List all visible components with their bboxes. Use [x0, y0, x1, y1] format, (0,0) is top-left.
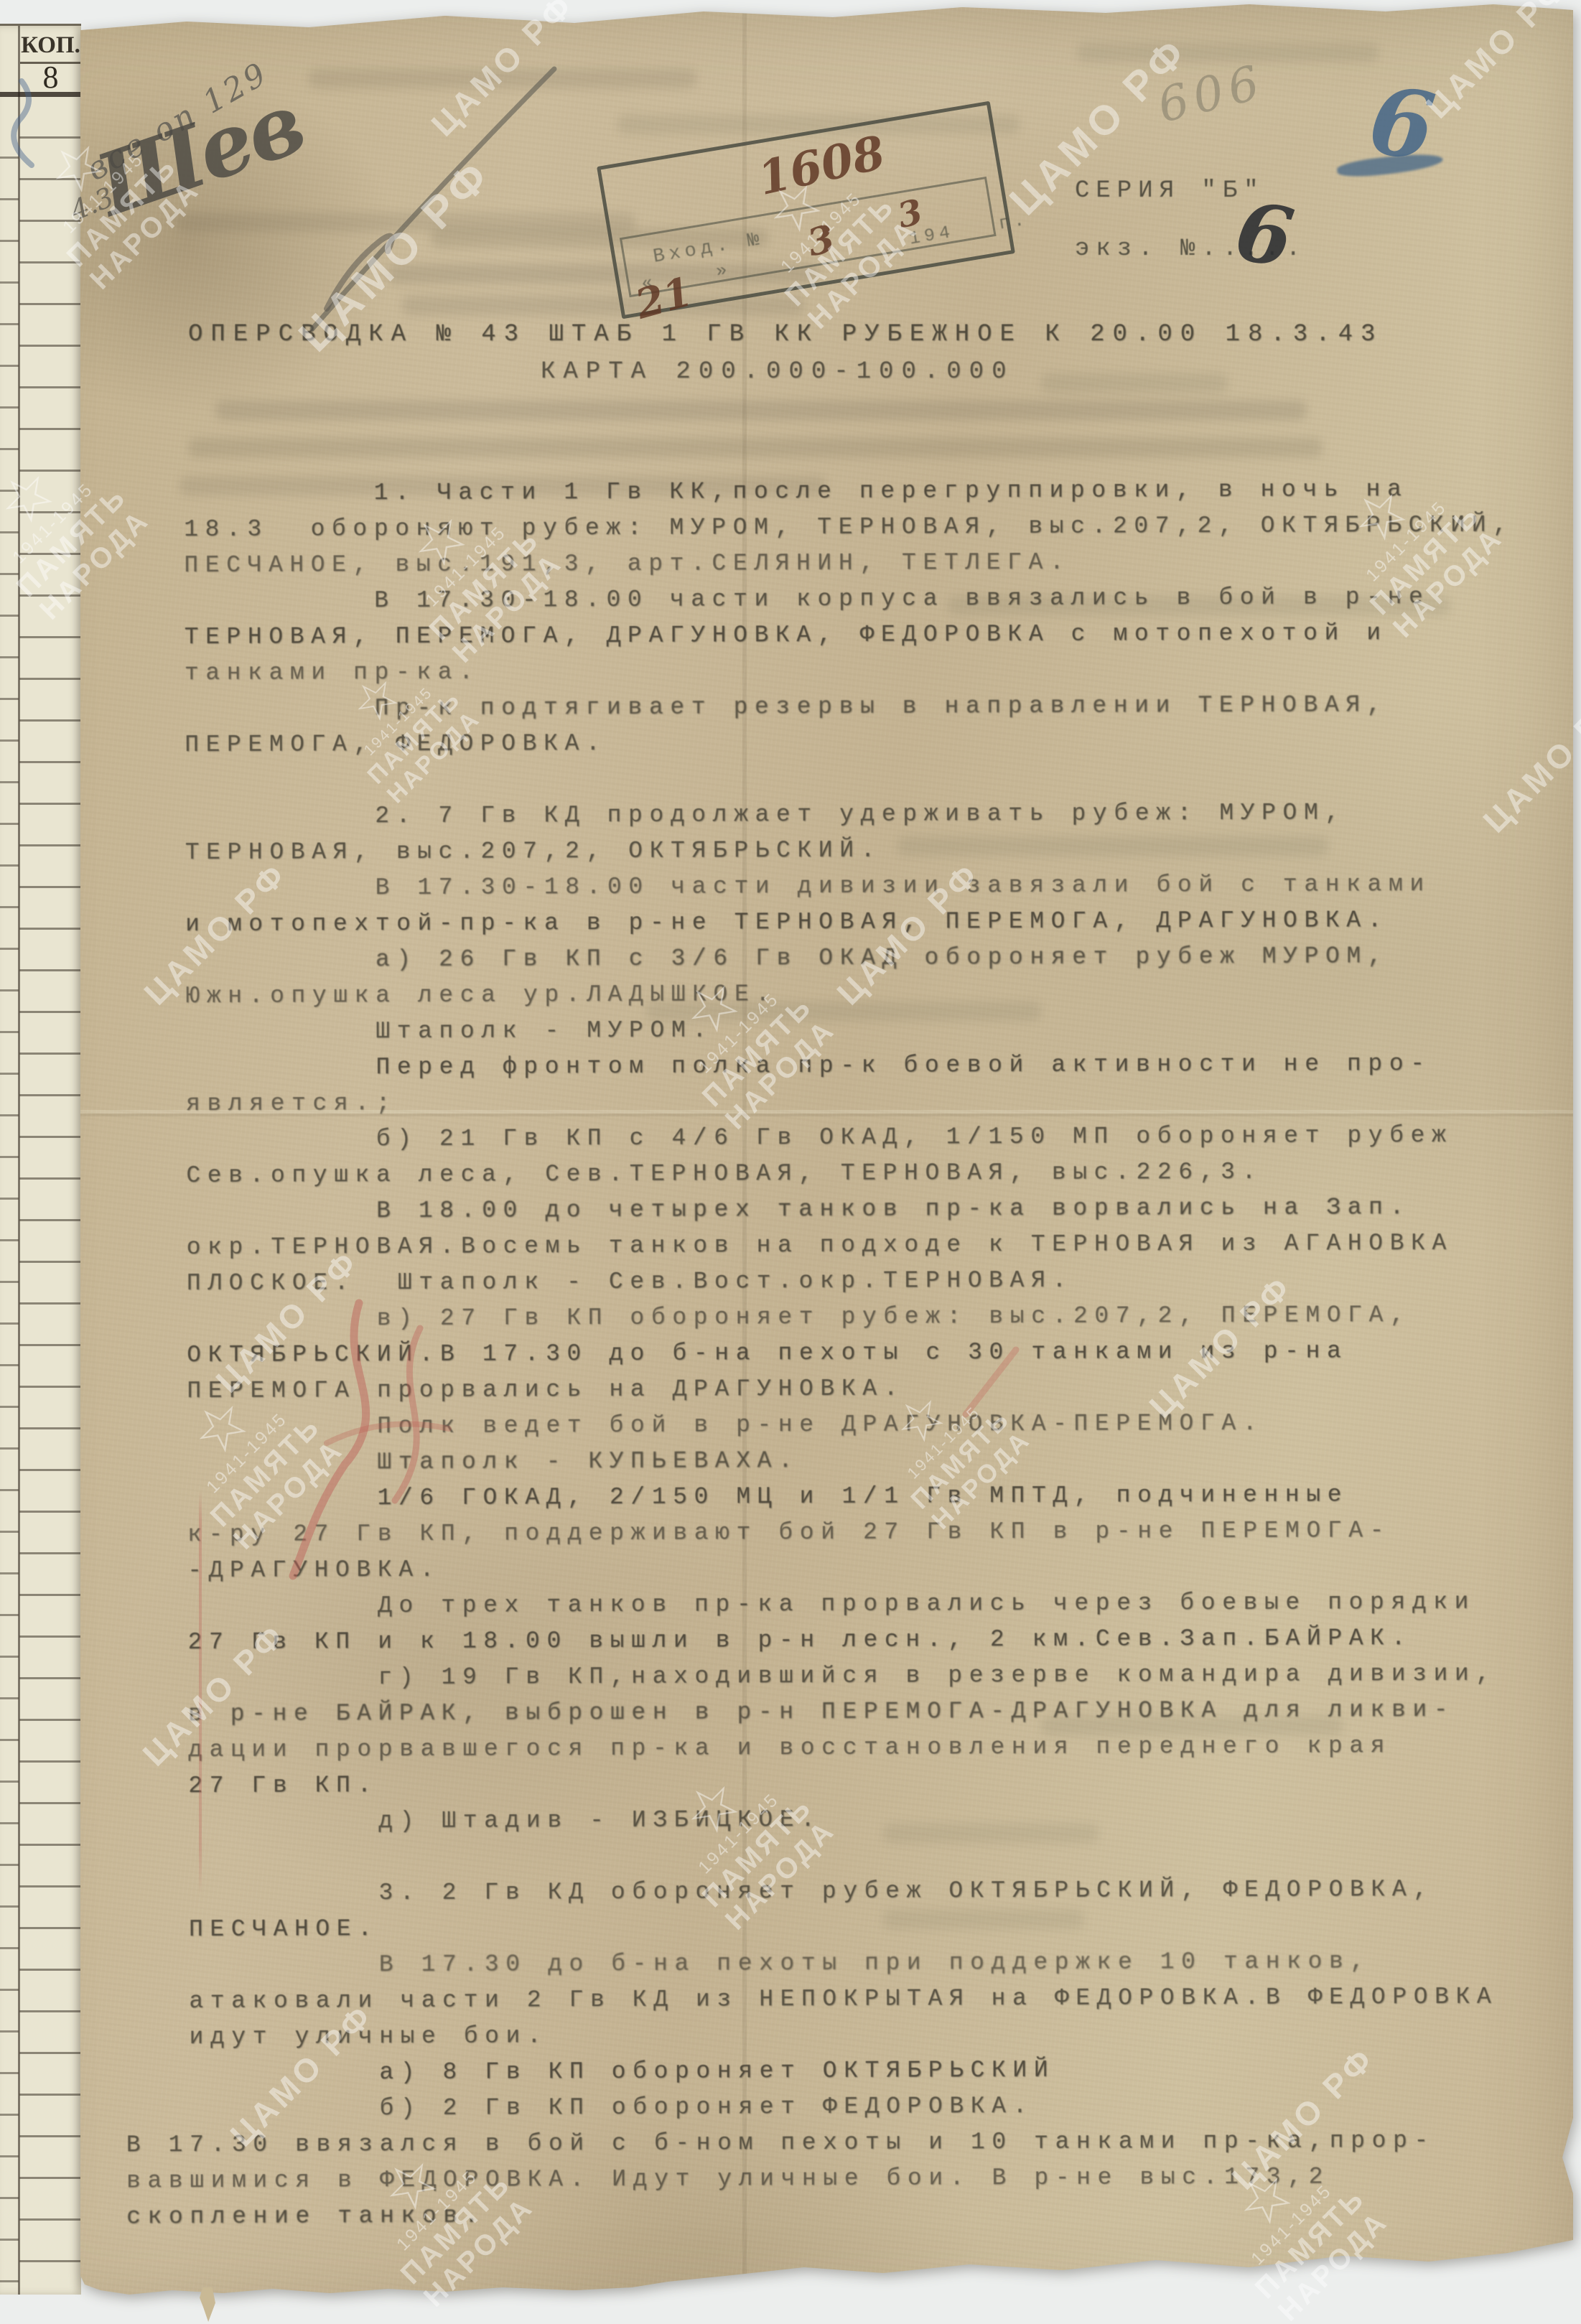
bleed-through-bar: [1041, 373, 1228, 393]
typed-line: идут уличные бои.: [126, 2020, 1519, 2061]
typed-line: 2. 7 Гв КД продолжает удерживать рубеж: …: [121, 799, 1515, 840]
typed-line: Южн.опушка леса ур.ЛАДЫШКОЕ.: [122, 979, 1516, 1019]
typed-line: 18.3 обороняют рубеж: МУРОМ, ТЕРНОВАЯ, в…: [121, 512, 1514, 553]
typed-line: дации прорвавшегося пр-ка и восстановлен…: [125, 1732, 1519, 1773]
typed-line: а) 8 Гв КП обороняет ОКТЯБРЬСКИЙ: [126, 2055, 1519, 2096]
typed-line: До трех танков пр-ка прорвались через бо…: [124, 1589, 1518, 1630]
typed-line: [121, 763, 1515, 804]
typed-line: [125, 1840, 1519, 1881]
typed-line: ПЕСЧАНОЕ, выс.191,3, арт.СЕЛЯНИН, ТЕТЛЕГ…: [121, 548, 1514, 589]
typed-line: В 17.30-18.00 части дивизии завязали бой…: [122, 871, 1516, 912]
typed-line: г) 19 Гв КП,находившийся в резерве коман…: [124, 1661, 1518, 1702]
typed-line: атаковали части 2 Гв КД из НЕПОКРЫТАЯ на…: [126, 1984, 1519, 2025]
typed-line: танками пр-ка.: [121, 655, 1515, 696]
typed-line: ПЕРЕМОГА, ФЕДОРОВКА.: [121, 727, 1515, 768]
typed-line: В 17.30 ввязался в бой с б-ном пехоты и …: [126, 2127, 1520, 2168]
typed-line: б) 2 Гв КП обороняет ФЕДОРОВКА.: [126, 2091, 1520, 2132]
typed-line: 27 Гв КП.: [125, 1768, 1519, 1809]
typed-line: Сев.опушка леса, Сев.ТЕРНОВАЯ, ТЕРНОВАЯ,…: [123, 1158, 1516, 1199]
typed-line: Перед фронтом полка пр-к боевой активнос…: [123, 1050, 1516, 1091]
typed-line: скопление танков.: [126, 2199, 1520, 2240]
typed-line: ТЕРНОВАЯ, выс.207,2, ОКТЯБРЬСКИЙ.: [121, 835, 1515, 876]
typed-line: 3. 2 Гв КД обороняет рубеж ОКТЯБРЬСКИЙ, …: [126, 1876, 1519, 1917]
scanned-document-page: КОП. 8 ОПЕРСВОДКА № 43 ШТАБ 1 ГВ КК РУБЕ…: [0, 0, 1581, 2324]
typed-line: б) 21 Гв КП с 4/6 Гв ОКАД, 1/150 МП обор…: [123, 1122, 1516, 1163]
stamp-number-handwritten: 1608: [753, 126, 890, 206]
typed-line: в р-не БАЙРАК, выброшен в р-н ПЕРЕМОГА-Д…: [125, 1697, 1519, 1737]
typed-line: вавшимися в ФЕДОРОВКА. Идут уличные бои.…: [126, 2163, 1520, 2204]
typed-line: и мотопехтой-пр-ка в р-не ТЕРНОВАЯ, ПЕРЕ…: [122, 907, 1516, 948]
red-pencil-scribble: [258, 1299, 488, 1587]
red-pencil-tick: [962, 1343, 1027, 1422]
typed-line: В 17.30 до б-на пехоты при поддержке 10 …: [126, 1948, 1519, 1989]
typed-line: д) Штадив - ИЗБИЦКОЕ.: [125, 1804, 1519, 1845]
typed-line: В 18.00 до четырех танков пр-ка ворвалис…: [123, 1194, 1516, 1235]
bleed-through-bar: [1077, 43, 1379, 62]
bleed-through-bar: [188, 438, 1323, 457]
typed-line: окр.ТЕРНОВАЯ.Восемь танков на подходе к …: [123, 1230, 1516, 1271]
series-label: СЕРИЯ "Б": [1075, 177, 1265, 205]
red-pencil-line: [199, 1490, 202, 1895]
typed-line: ТЕРНОВАЯ, ПЕРЕМОГА, ДРАГУНОВКА, ФЕДОРОВК…: [121, 620, 1514, 661]
typed-line: 1. Части 1 Гв КК,после перегруппировки, …: [121, 476, 1514, 517]
typed-line: ПЕСЧАНОЕ.: [126, 1912, 1519, 1953]
blue-pencil-squiggle: [0, 78, 65, 171]
typed-line: Пр-к подтягивает резервы в направлении Т…: [121, 691, 1515, 732]
typed-line: Штаполк - МУРОМ.: [122, 1014, 1516, 1055]
typed-line: В 17.30-18.00 части корпуса ввязались в …: [121, 584, 1514, 625]
typed-line: является.;: [123, 1086, 1516, 1127]
typed-line: 27 Гв КП и к 18.00 вышли в р-н лесн., 2 …: [124, 1625, 1518, 1666]
typed-line: а) 26 Гв КП с 3/6 Гв ОКАД обороняет рубе…: [122, 943, 1516, 984]
signature-flourish-stroke: [0, 0, 646, 431]
